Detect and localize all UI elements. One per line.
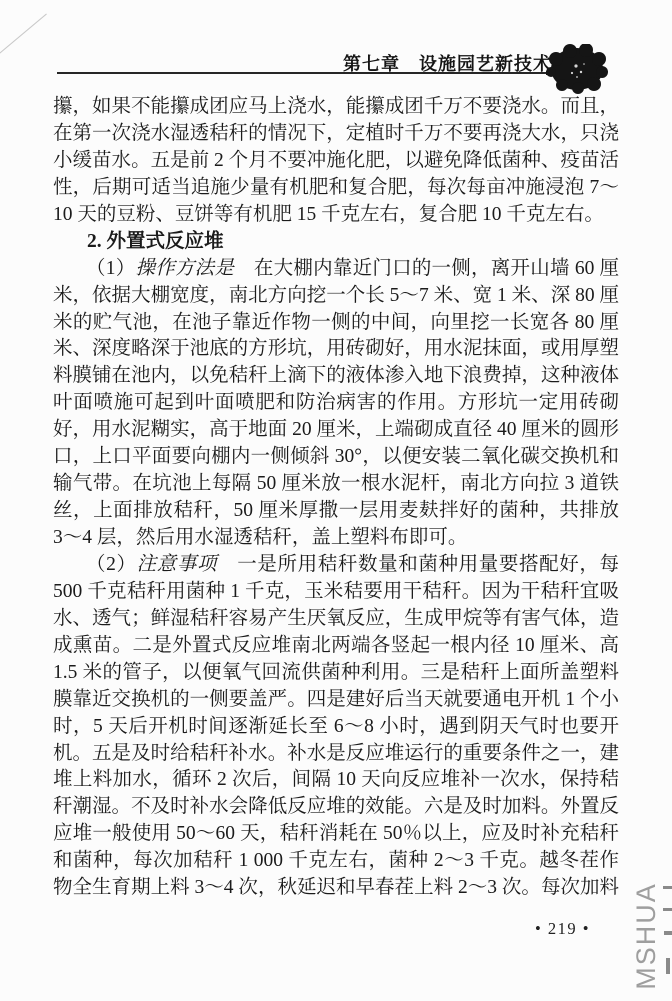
text-line: 物全生育期上料 3～4 次，秋延迟和早春茬上料 2～3 次。每次加料: [53, 875, 619, 902]
text-run: 小缓苗水。五是前 2 个月不要冲施化肥，以避免降低菌种、疫苗活: [53, 150, 619, 171]
text-run: 性，后期可适当追施少量有机肥和复合肥，每次每亩冲施浸泡 7～: [53, 177, 619, 198]
text-line: 10 天的豆粉、豆饼等有机肥 15 千克左右，复合肥 10 千克左右。: [53, 202, 619, 229]
text-run: 丝，上面排放秸秆，50 厘米厚撒一层用麦麸拌好的菌种，共排放: [53, 500, 619, 521]
scan-artifact-edge-mark: [663, 908, 672, 911]
text-line: 丝，上面排放秸秆，50 厘米厚撒一层用麦麸拌好的菌种，共排放: [53, 498, 619, 525]
section-heading: 2. 外置式反应堆: [53, 229, 619, 256]
text-line: 口，上口平面要向棚内一侧倾斜 30°，以便安装二氧化碳交换机和: [53, 444, 619, 471]
text-line: 小缓苗水。五是前 2 个月不要冲施化肥，以避免降低菌种、疫苗活: [53, 148, 619, 175]
text-run: 膜靠近交换机的一侧要盖严。四是建好后当天就要通电开机 1 个小: [53, 689, 619, 710]
text-run: 2. 外置式反应堆: [87, 231, 224, 252]
text-run: 应堆一般使用 50～60 天，秸秆消耗在 50％以上，应及时补充秸秆: [53, 823, 619, 844]
text-line: 和菌种，每次加秸秆 1 000 千克左右，菌种 2～3 千克。越冬茬作: [53, 848, 619, 875]
text-line: （1）操作方法是 在大棚内靠近门口的一侧，离开山墙 60 厘: [53, 256, 619, 283]
text-line: 水、透气；鲜湿秸秆容易产生厌氧反应，生成甲烷等有害气体，造: [53, 606, 619, 633]
text-run: 秆潮湿。不及时补水会降低反应堆的效能。六是及时加料。外置反: [53, 796, 619, 817]
text-run: 水、透气；鲜湿秸秆容易产生厌氧反应，生成甲烷等有害气体，造: [53, 608, 619, 629]
text-run: 和菌种，每次加秸秆 1 000 千克左右，菌种 2～3 千克。越冬茬作: [53, 850, 619, 871]
kaiti-run: 注意事项: [137, 554, 218, 575]
kaiti-run: 操作方法是: [135, 258, 234, 279]
text-line: 3～4 层，然后用水湿透秸秆，盖上塑料布即可。: [53, 525, 619, 552]
text-run: 输气带。在坑池上每隔 50 厘米放一根水泥杆，南北方向拉 3 道铁: [53, 473, 619, 494]
watermark: MSHUA: [586, 876, 672, 996]
text-line: 叶面喷施可起到叶面喷肥和防治病害的作用。方形坑一定用砖砌: [53, 390, 619, 417]
text-run: 成熏苗。二是外置式反应堆南北两端各竖起一根内径 10 厘米、高: [53, 635, 619, 656]
text-run: 在大棚内靠近门口的一侧，离开山墙 60 厘: [234, 258, 619, 279]
book-page: 第七章 设施园艺新技术 攥，如果不能攥成团应马上浇水，能攥成团千万不要浇水。而且…: [0, 0, 672, 1001]
text-line: 1.5 米的管子，以便氧气回流供菌种利用。三是秸秆上面所盖塑料: [53, 660, 619, 687]
text-run: 500 千克秸秆用菌种 1 千克，玉米秸要用干秸秆。因为干秸秆宜吸: [53, 581, 619, 602]
text-line: 性，后期可适当追施少量有机肥和复合肥，每次每亩冲施浸泡 7～: [53, 175, 619, 202]
scan-artifact-corner-line: [0, 14, 47, 56]
text-run: 物全生育期上料 3～4 次，秋延迟和早春茬上料 2～3 次。每次加料: [53, 877, 619, 898]
text-run: 米，依据大棚宽度，南北方向挖一个长 5～7 米、宽 1 米、深 80 厘: [53, 285, 619, 306]
text-line: 堆上料加水，循环 2 次后，间隔 10 天向反应堆补一次水，保持秸: [53, 767, 619, 794]
text-run: （2）: [86, 554, 137, 575]
text-run: 米的贮气池，在池子靠近作物一侧的中间，向里挖一长宽各 80 厘: [53, 312, 619, 333]
text-line: 应堆一般使用 50～60 天，秸秆消耗在 50％以上，应及时补充秸秆: [53, 821, 619, 848]
text-run: 攥，如果不能攥成团应马上浇水，能攥成团千万不要浇水。而且，: [53, 96, 619, 117]
text-run: 1.5 米的管子，以便氧气回流供菌种利用。三是秸秆上面所盖塑料: [53, 662, 619, 683]
text-run: 机。五是及时给秸秆补水。补水是反应堆运行的重要条件之一，建: [53, 743, 619, 764]
text-run: 米、深度略深于池底的方形坑，用砖砌好，用水泥抹面，或用厚塑: [53, 338, 619, 359]
text-run: 10 天的豆粉、豆饼等有机肥 15 千克左右，复合肥 10 千克左右。: [53, 204, 604, 225]
text-line: 米的贮气池，在池子靠近作物一侧的中间，向里挖一长宽各 80 厘: [53, 310, 619, 337]
text-line: 成熏苗。二是外置式反应堆南北两端各竖起一根内径 10 厘米、高: [53, 633, 619, 660]
text-line: 膜靠近交换机的一侧要盖严。四是建好后当天就要通电开机 1 个小: [53, 687, 619, 714]
text-run: 料膜铺在池内，以免秸秆上滴下的液体渗入地下浪费掉，这种液体: [53, 365, 619, 386]
header-rule: [57, 72, 557, 74]
text-line: 攥，如果不能攥成团应马上浇水，能攥成团千万不要浇水。而且，: [53, 94, 619, 121]
text-line: 机。五是及时给秸秆补水。补水是反应堆运行的重要条件之一，建: [53, 741, 619, 768]
text-line: 米、深度略深于池底的方形坑，用砖砌好，用水泥抹面，或用厚塑: [53, 336, 619, 363]
text-run: 时，5 天后开机时间逐渐延长至 6～8 小时，遇到阴天气时也要开: [53, 716, 619, 737]
ink-flower-seal-icon: [546, 44, 608, 94]
page-number: • 219 •: [535, 919, 590, 939]
text-run: 在第一次浇水湿透秸秆的情况下，定植时千万不要再浇大水，只浇: [53, 123, 619, 144]
text-line: 米，依据大棚宽度，南北方向挖一个长 5～7 米、宽 1 米、深 80 厘: [53, 283, 619, 310]
text-line: 好，用水泥糊实，高于地面 20 厘米，上端砌成直径 40 厘米的圆形: [53, 417, 619, 444]
body-text: 攥，如果不能攥成团应马上浇水，能攥成团千万不要浇水。而且，在第一次浇水湿透秸秆的…: [53, 94, 619, 902]
scan-artifact-edge-mark: [663, 886, 672, 889]
text-run: 叶面喷施可起到叶面喷肥和防治病害的作用。方形坑一定用砖砌: [53, 392, 619, 413]
text-run: 3～4 层，然后用水湿透秸秆，盖上塑料布即可。: [53, 527, 467, 548]
text-run: 好，用水泥糊实，高于地面 20 厘米，上端砌成直径 40 厘米的圆形: [53, 419, 619, 440]
text-line: 输气带。在坑池上每隔 50 厘米放一根水泥杆，南北方向拉 3 道铁: [53, 471, 619, 498]
text-line: 时，5 天后开机时间逐渐延长至 6～8 小时，遇到阴天气时也要开: [53, 714, 619, 741]
text-line: 秆潮湿。不及时补水会降低反应堆的效能。六是及时加料。外置反: [53, 794, 619, 821]
text-run: 口，上口平面要向棚内一侧倾斜 30°，以便安装二氧化碳交换机和: [53, 446, 619, 467]
text-run: （1）: [86, 258, 135, 279]
text-run: 堆上料加水，循环 2 次后，间隔 10 天向反应堆补一次水，保持秸: [53, 769, 619, 790]
text-line: 料膜铺在池内，以免秸秆上滴下的液体渗入地下浪费掉，这种液体: [53, 363, 619, 390]
text-line: 500 千克秸秆用菌种 1 千克，玉米秸要用干秸秆。因为干秸秆宜吸: [53, 579, 619, 606]
scan-artifact-edge-mark: [666, 958, 670, 974]
scan-artifact-edge-mark: [664, 931, 672, 935]
text-line: 在第一次浇水湿透秸秆的情况下，定植时千万不要再浇大水，只浇: [53, 121, 619, 148]
text-line: （2）注意事项 一是所用秸秆数量和菌种用量要搭配好，每: [53, 552, 619, 579]
text-run: 一是所用秸秆数量和菌种用量要搭配好，每: [217, 554, 619, 575]
